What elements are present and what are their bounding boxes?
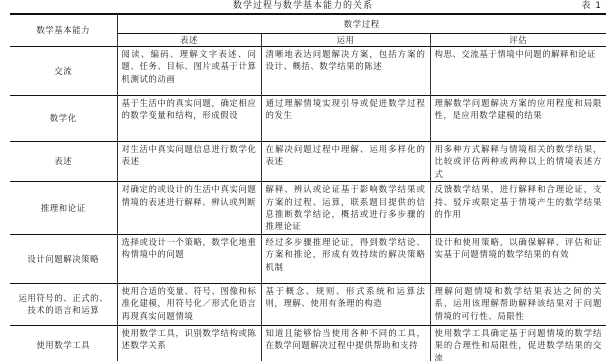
table-row: 交流 阅读、编码、理解文字表述、问题、任务、目标、图片或基于计算机测试的动画 清… xyxy=(10,47,606,96)
ability-cell: 运用符号的、正式的、技术的语言和运算 xyxy=(10,283,117,325)
evaluate-cell: 用多种方式解释与情境相关的数学结果，比较或评估两种或两种以上的情境表述方式 xyxy=(430,142,606,182)
ability-cell: 数学化 xyxy=(10,96,117,142)
formulate-cell: 使用数学工具，识别数学结构或陈述数学关系 xyxy=(117,325,261,361)
table-row: 推理和论证 对确定的或设计的生活中真实问题情境的表述进行解释、辨认或判断 解释、… xyxy=(10,182,606,235)
table-row: 数学化 基于生活中的真实问题，确定相应的数学变量和结构，形成假设 通过理解情境实… xyxy=(10,96,606,142)
formulate-cell: 基于生活中的真实问题，确定相应的数学变量和结构，形成假设 xyxy=(117,96,261,142)
evaluate-cell: 构思、交流基于情境中问题的解释和论证 xyxy=(430,47,606,96)
employ-cell: 解释、辨认或论证基于影响数学结果或方案的过程、运算，联系题目提供的信息推断数学结… xyxy=(261,182,430,235)
header-employ: 运用 xyxy=(261,34,430,47)
table-number-label: 表 1 xyxy=(581,0,602,12)
evaluate-cell: 设计和使用策略，以确保解释、评估和证实基于问题情境的数学结果的有效 xyxy=(430,234,606,283)
ability-cell: 交流 xyxy=(10,47,117,96)
employ-cell: 知道且能够恰当使用各种不同的工具，在数学问题解决过程中提供帮助和支持 xyxy=(261,325,430,361)
formulate-cell: 阅读、编码、理解文字表述、问题、任务、目标、图片或基于计算机测试的动画 xyxy=(117,47,261,96)
employ-cell: 清晰地表达问题解决方案，包括方案的设计、概括、数学结果的陈述 xyxy=(261,47,430,96)
employ-cell: 经过多步骤推理论证，得到数学结论、方案和推论，形成有效持续的解决策略机制 xyxy=(261,234,430,283)
header-evaluate: 评估 xyxy=(430,34,606,47)
evaluate-cell: 反馈数学结果，进行解释和合理论证，支持、驳斥或限定基于情境产生的数学结果的作用 xyxy=(430,182,606,235)
evaluate-cell: 理解问题情境和数学结果表达之间的关系，运用该理解帮助解释该结果对于问题情境的可行… xyxy=(430,283,606,325)
math-process-ability-table: 数学基本能力 数学过程 表述 运用 评估 交流 阅读、编码、理解文字表述、问题、… xyxy=(10,13,606,361)
table-row: 使用数学工具 使用数学工具，识别数学结构或陈述数学关系 知道且能够恰当使用各种不… xyxy=(10,325,606,361)
header-formulate: 表述 xyxy=(117,34,261,47)
table-caption: 数学过程与数学基本能力的关系 表 1 xyxy=(0,0,606,12)
evaluate-cell: 使用数学工具确定基于问题情境的数学结果的合理性和局限性，促进数学结果的交流 xyxy=(430,325,606,361)
header-ability: 数学基本能力 xyxy=(10,14,117,47)
table-row: 运用符号的、正式的、技术的语言和运算 使用合适的变量、符号、图像和标准化建模，用… xyxy=(10,283,606,325)
ability-cell: 设计问题解决策略 xyxy=(10,234,117,283)
employ-cell: 在解决问题过程中理解、运用多样化的表述 xyxy=(261,142,430,182)
ability-cell: 使用数学工具 xyxy=(10,325,117,361)
employ-cell: 基于概念、规则、形式系统和运算法则，理解、使用有条理的构造 xyxy=(261,283,430,325)
employ-cell: 通过理解情境实现引导或促进数学过程的发生 xyxy=(261,96,430,142)
formulate-cell: 对生活中真实问题信息进行数学化表述 xyxy=(117,142,261,182)
evaluate-cell: 理解数学问题解决方案的应用程度和局限性，是应用数学建模的结果 xyxy=(430,96,606,142)
header-process: 数学过程 xyxy=(117,14,606,34)
table-title: 数学过程与数学基本能力的关系 xyxy=(0,0,606,12)
formulate-cell: 对确定的或设计的生活中真实问题情境的表述进行解释、辨认或判断 xyxy=(117,182,261,235)
ability-cell: 表述 xyxy=(10,142,117,182)
table-row: 表述 对生活中真实问题信息进行数学化表述 在解决问题过程中理解、运用多样化的表述… xyxy=(10,142,606,182)
ability-cell: 推理和论证 xyxy=(10,182,117,235)
formulate-cell: 使用合适的变量、符号、图像和标准化建模，用符号化／形式化语言再现真实问题情境 xyxy=(117,283,261,325)
table-row: 设计问题解决策略 选择或设计一个策略，数学化地重构情境中的问题 经过多步骤推理论… xyxy=(10,234,606,283)
formulate-cell: 选择或设计一个策略，数学化地重构情境中的问题 xyxy=(117,234,261,283)
